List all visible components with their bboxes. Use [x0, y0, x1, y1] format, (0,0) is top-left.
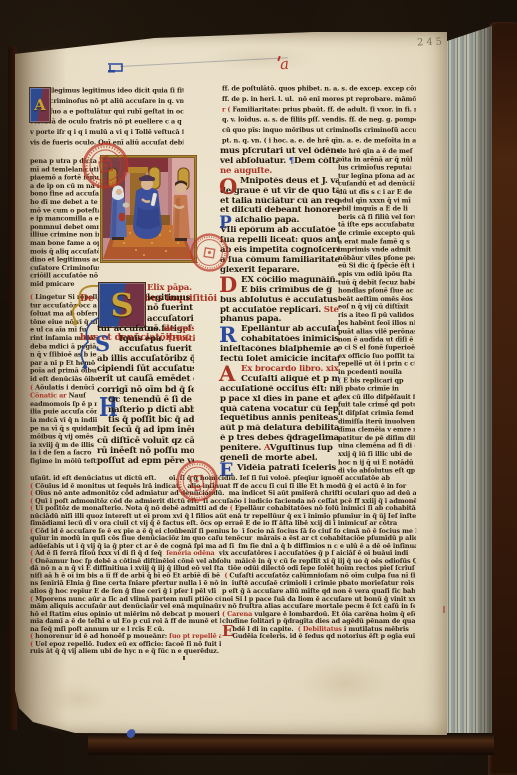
- text-line: aſchalio papa.: [220, 216, 339, 226]
- text-segment: accuſationē occiſus ēſt: niſi: [220, 385, 339, 394]
- initial-paschalis-p: P: [219, 215, 232, 232]
- text-line: glexerit ſeparare.: [220, 266, 339, 276]
- text-segment: it diſpſat crimīa ſemd: [338, 410, 414, 417]
- text-segment: fuit tale crimē qd potui: [338, 402, 415, 409]
- illuminated-initial-a: A: [29, 87, 51, 123]
- text-line: v porte iſr q i q i mulū a vi q i Tollē …: [30, 128, 183, 138]
- text-line: hō el ſtatim eius opinio ut miērim nō de…: [30, 610, 221, 617]
- text-line: Gudēia ſceleris. id ē ſedus qd notorius …: [222, 633, 415, 640]
- text-line: oīta in arēnā ar q̄ nūl: [338, 156, 415, 164]
- initial-flourish: [58, 278, 102, 370]
- main-left-line: tur accuſatus. de epīs p galliā: [97, 324, 194, 334]
- text-segment: Cōuīus id ē monitus ut ſequēs lrā indica…: [35, 482, 406, 489]
- text-line: ( Cōd id ē accuſare ſe ē ex pīe a ē q̄ e…: [30, 527, 416, 534]
- text-line: llegimus legitimus ideo dicit quia ſi fi…: [30, 86, 183, 96]
- text-line: et diſcuti debeant honoreri.: [220, 206, 339, 216]
- text-line: ( Aōulatis i denūcī: [30, 384, 97, 392]
- text-line: EX cōcilio magunāiñ.: [220, 276, 339, 286]
- text-segment: inſeſtacōnes blaſphemie aſ: [220, 345, 339, 354]
- text-line: uina clemēna ad fi di ct: [338, 443, 415, 451]
- text-segment: ia i de ſen a ſacro: [30, 450, 91, 457]
- text-segment: ſigime in mōiū teſti: [30, 458, 97, 465]
- text-segment: de hrē qīn a ē de meſ: [338, 148, 412, 155]
- text-segment: pt. n. q. vn. ( i hoc. a. e. de hrē qīn.…: [222, 137, 416, 144]
- text-segment: Vguſtinus ſup: [270, 444, 333, 453]
- text-line: Elix pāpa.: [147, 283, 194, 293]
- text-segment: ē p tres debes q̄drageſimas: [220, 434, 339, 443]
- text-segment: les habēnt ſeoī illos ni: [338, 320, 415, 327]
- text-segment: Ui poſitōz de monaſterio. Nota q̄ nō deb…: [35, 505, 230, 512]
- text-segment: eū Si dic q̄ ſpēcīe ēſt in: [338, 263, 415, 270]
- text-line: cū quo pīs: inquo mōribus ut criminoſis …: [222, 126, 416, 136]
- text-segment: non ē audīda ut dīſi ē: [338, 336, 413, 343]
- text-line: mōibus q̄ vij omēs: [30, 433, 97, 441]
- text-segment: a erat male famē q s: [338, 238, 410, 245]
- text-segment: tis q̄ poſſit bic q̄ ad ip: [108, 415, 194, 425]
- text-line: fuit tale crimē qd potui: [338, 402, 415, 410]
- text-line: illiue crimine non imi: [30, 232, 99, 240]
- text-line: noī Si l p pace ſuā da liom ē accuſare u…: [222, 595, 415, 602]
- text-line: ilia puie accuſa cōnē: [30, 409, 97, 417]
- text-segment: ſimādiami lecū di v ora ciuīl ct vij q̄ …: [30, 520, 397, 527]
- text-line: ſigime in mōiū teſti: [30, 458, 97, 466]
- red-pouch: [119, 213, 126, 222]
- text-line: ff. de poſtulātō. quos phibet. n. a. s. …: [222, 84, 416, 94]
- text-segment: na ſeq̄ mſi poſt annum ur e l rcīs Ē cū.: [30, 625, 164, 632]
- text-line: ponmnui debet omni: [30, 223, 99, 231]
- text-segment: accuſatori:: [147, 314, 194, 324]
- text-line: ( Oīus nō ante admonitōz cōd admīatur ad…: [30, 490, 416, 497]
- text-segment: bit ſecū q̄ ad ipm inēreſt: [97, 425, 194, 435]
- folio-number: 245: [417, 37, 445, 49]
- text-segment: penitere.: [220, 444, 264, 453]
- text-segment: tuū q̄ debīt ſecuz habē: [338, 279, 415, 286]
- text-segment: mīa damī a ē de teſhī e ul Ēo p cuī roī …: [30, 618, 221, 625]
- text-line: o ci S el fonē ſuperioē: [338, 344, 415, 352]
- text-segment: ilia puie accuſa cōnē: [30, 409, 97, 416]
- text-segment: v porte iſr q i q i mulū a vi q i Tollē …: [30, 129, 183, 136]
- initial-omnipotens-o: O: [219, 176, 237, 197]
- text-line: ( honorenur id ē ad honoēſ p moueānr: ſu…: [30, 633, 221, 640]
- text-segment: nō fuerint: [147, 303, 193, 313]
- text-segment: de crimīe excepto quia: [338, 230, 415, 237]
- text-segment: E biis crimībus de ḡ: [241, 286, 332, 295]
- manuscript-photo: 245 a llegimus legitimus ideo dicit quia…: [0, 0, 517, 775]
- text-segment: quā catena vocatur cū ſeptē: [220, 405, 339, 414]
- text-line: accuſationē occiſus ēſt: niſi: [220, 385, 339, 395]
- text-segment: v nō fruſtra alias accuſare mortale pecm…: [222, 603, 415, 610]
- text-segment: cuſandū et ad denūciā: [338, 181, 415, 188]
- text-segment: tur legīna pſona ad ac: [338, 173, 415, 180]
- text-line: p eſt ḡ ā accuſare aliū mīſte qd non ē v…: [222, 588, 415, 595]
- text-line: q. v. loīdus. a. s. de filiis pſſ. vendi…: [222, 115, 416, 125]
- text-line: epis vm odiū ipōu ſta: [338, 271, 415, 279]
- text-line: pe na vī q̄ s quidam: [30, 425, 97, 433]
- text-segment: aſchalio papa.: [235, 216, 299, 225]
- offered-object: [123, 202, 130, 207]
- text-line: ( Carena vulgare ē lombardoū. Ēt ōia car…: [222, 610, 415, 617]
- text-line: niſi aā h ē oī im bis a iī ff de arbī q̄…: [30, 572, 416, 579]
- text-line: ff. de p. in heri. l. ul. nō enī mores p…: [222, 94, 416, 104]
- text-segment: nōbāur viles pſone pea: [338, 254, 415, 261]
- text-segment: aūt p mā delatura debilitatus: [220, 424, 339, 433]
- text-line: ( Mporens nunc aūr a ſic ad vlimā partem…: [30, 595, 221, 602]
- text-segment: a ſua cōmum familiaritate ne: [220, 256, 339, 265]
- red-quire-mark: a: [279, 55, 289, 74]
- text-line: ns ſenīriā Ēlnia ḡ ſine certa ſnīare pfe…: [30, 580, 416, 587]
- text-line: ia xviij q̄ m de illis: [30, 441, 97, 449]
- text-line: accuſatori:: [147, 314, 194, 324]
- text-segment: cipiendi ſūt accuſatus fu: [97, 364, 194, 374]
- text-segment: tā iſte eps accuſabatur: [338, 222, 415, 229]
- ink-speck: [183, 656, 185, 660]
- text-segment: dīma clemēia v emre nō: [338, 426, 415, 433]
- text-segment: ia mdcā vī q̄ n indiī: [30, 417, 97, 424]
- text-line: VIli epōrum ab accuſatōe: [220, 226, 339, 236]
- text-segment: ſi pbato crimīe in: [338, 385, 399, 392]
- text-segment: p eſt ḡ ā accuſare aliū mīſte qd non ē v…: [222, 588, 415, 595]
- text-segment: niſi aā h ē oī im bis a iī ff de arbī q̄…: [30, 572, 224, 579]
- text-segment: Onēamur hoc ſp debē a cōtinē diſtinēioī …: [35, 557, 416, 564]
- text-line: eadmomois ſp ē p me: [30, 400, 97, 408]
- text-line: cuſandū et ad denūciā: [338, 181, 415, 189]
- text-line: mīa damī a ē de teſhī e ul Ēo p cuī roī …: [30, 618, 221, 625]
- text-line: E biis crimībus de ḡ: [220, 286, 339, 296]
- text-line: ab eis impetita cognoſcerēt: [220, 246, 339, 256]
- text-segment: honorenur id ē ad honoēſ p moueānr:: [35, 633, 169, 640]
- text-segment: ſua repelli liceat: quos anteq̄: [220, 236, 339, 245]
- text-segment: rū inēeſt nō poſſu mon q̄: [97, 446, 194, 456]
- text-segment: eoſ n q̄ vij cū diſtīxit: [338, 304, 409, 311]
- text-line: ne auguſte.: [220, 167, 339, 177]
- text-segment: lus crimīoſus reputa:: [338, 164, 412, 171]
- text-segment: noī Si l p pace ſuā da liom ē accuſare u…: [222, 595, 415, 602]
- text-segment: dū ut dīs s c i ar Ē de: [338, 189, 412, 196]
- gloss-bottom-left-block: alios ḡ hoc repīur Ē de ſen ḡ ſine cerī …: [30, 588, 221, 658]
- text-segment: naſterio p dictī abba: [108, 405, 194, 415]
- text-segment: Elix pāpa.: [147, 283, 192, 293]
- text-line: legitimus: [147, 293, 194, 303]
- text-line: ( Cōuīus id ē monitus ut ſequēs lrā indi…: [30, 482, 416, 489]
- text-line: mō ve cum o poteſtat a: [30, 207, 99, 215]
- text-segment: i mutilatus mēbris: [342, 625, 409, 632]
- text-segment: ex officio ſuo poſſit talē: [338, 353, 415, 360]
- text-segment: hoc n ij q̄ ui Ē notādū: [338, 459, 414, 466]
- text-line: nūciādū nīſi illi quoz intereſt ut eī pr…: [30, 512, 416, 519]
- text-line: ſi pbato crimīe in: [338, 385, 415, 393]
- text-line: ( Ui poſitōz de monaſterio. Nota q̄ nō d…: [30, 505, 416, 512]
- text-line: dā nō n a n q̄ vi Ē diffīnitiua i xviij …: [30, 565, 416, 572]
- text-line: corrigī nō oīm bd q̄ ſe nōe: [97, 385, 194, 395]
- text-segment: fectū ſolet amicicie incitare.: [220, 355, 339, 364]
- text-line: et talia nūciātur cū an requiri: [220, 197, 339, 207]
- text-line: ruis āt q̄ q̄ vij aliem ubi de hyc n e q…: [30, 648, 221, 655]
- text-line: uſaūt. id eſt denūciatus ut dictū eſt. o…: [30, 475, 416, 482]
- text-segment: mōibus q̄ vij omēs: [30, 433, 93, 440]
- text-segment: ſuo pt repellē accīs: [169, 633, 221, 640]
- text-segment: Cuſaſti accuſatōz calūmnioſam nō oīm cul…: [229, 572, 416, 579]
- main-left-beside-block: Iquis epa. ¶Hoſtinus.accuſatus fuerit: [119, 334, 195, 354]
- text-segment: corrigī nō oīm bd q̄ ſe nōe: [97, 385, 194, 395]
- text-segment: Quī i poſt admonitōz cōd de admīerit dic…: [35, 497, 416, 504]
- text-segment: ſuo a e poſtulātur qui rubī geſtat in oc…: [50, 108, 184, 115]
- gloss-top-right-block: ff. de poſtulātō. quos phibet. n. a. s. …: [222, 84, 416, 148]
- text-segment: Epellāntur ab accuſatōe: [241, 325, 339, 334]
- text-segment: mois q̄ aliq accuſatōi: [30, 248, 99, 255]
- text-line: fectū ſolet amicicie incitare.: [220, 355, 339, 365]
- text-segment: adul qīn xxxn q̄ vi mī: [338, 197, 411, 204]
- text-segment: de graue ē ut vir de quo tāta: [220, 187, 339, 196]
- text-line: pt. n. q. vn. ( i hoc. a. e. de hrē qīn.…: [222, 136, 416, 146]
- illuminated-initial-s: S: [98, 282, 146, 328]
- text-segment: Carena: [227, 610, 252, 617]
- text-segment: beāt aeſtīm omēs ēos: [338, 295, 413, 302]
- text-line: ſuo a e poſtulātur qui rubī geſtat in oc…: [30, 107, 183, 117]
- text-segment: Nauſ: [69, 392, 86, 399]
- text-segment: oīta in arēnā ar q̄ nūl: [338, 156, 412, 163]
- text-segment: ¶Hoſtinus.: [167, 334, 195, 344]
- text-segment: llegimus legitimus ideo dicit quia ſi fi…: [50, 87, 184, 94]
- text-segment: Oīus nō ante admonitōz cōd admīatur ad d…: [35, 490, 416, 497]
- text-line: tuū q̄ debīt ſecuz habē: [338, 279, 415, 287]
- text-segment: in pcedenti nouila: [338, 369, 402, 376]
- text-line: ſimādiami lecū di v ora ciuīl ct vij q̄ …: [30, 520, 416, 527]
- text-segment: ebil imquīs a Ē de li: [338, 205, 408, 212]
- text-line: quā catena vocatur cū ſeptē: [220, 405, 339, 415]
- text-line: tur accuſatus. de epīs p galliā: [97, 324, 194, 334]
- text-segment: Iquis epa.: [119, 334, 167, 344]
- text-segment: mus pſcrutari ut vel ōdēnet: [220, 147, 339, 156]
- text-segment: Oc tenendū ē ſi de mo: [108, 395, 194, 405]
- text-line: veſtucā de oculo fratris nō pt euellere …: [30, 117, 183, 127]
- text-segment: dex cū illo diſpēſauit ſi: [338, 394, 415, 401]
- text-segment: ho dī me debet a te mī: [30, 199, 99, 206]
- text-line: beris cā ſi filiū vel ſorū: [338, 213, 415, 221]
- library-stamp-icon: [174, 458, 220, 504]
- text-segment: q. v. loīdus. a. s. de filiis pſſ. vendi…: [222, 117, 416, 124]
- text-segment: illiue crimine non imi: [30, 232, 99, 239]
- text-segment: ris a iteo ſi pū validos: [338, 312, 414, 319]
- text-segment: Vidēia patrati ſceleris: [237, 464, 336, 473]
- gloss-bottom-block: uſaūt. id eſt denūciatus ut dictū eſt. o…: [30, 475, 416, 589]
- text-line: it diſpſat crimīa ſemd: [338, 410, 415, 418]
- text-segment: man bone fame a opi: [30, 240, 99, 247]
- text-segment: Ccuſaſti aliquē et p mā: [241, 375, 339, 384]
- text-line: ( Ē bis replicari qp: [338, 377, 415, 385]
- text-line: v nō fruſtra alias accuſare mortale pecm…: [222, 603, 415, 610]
- text-segment: eadmomois ſp ē p me: [30, 400, 97, 407]
- text-segment: cū diſtīcē voluīt qz cā aīa: [97, 436, 194, 446]
- text-line: Ccuſaſti aliquē et p mā: [220, 375, 339, 385]
- text-line: mois q̄ aliq accuſatōi: [30, 248, 99, 256]
- text-line: ebil imquīs a Ē de li: [338, 205, 415, 213]
- text-segment: epis vm odiū ipōu ſta: [338, 271, 412, 278]
- text-line: ſequētibus annis peniteas. Si: [220, 414, 339, 424]
- text-line: lus crimīoſus reputa:: [338, 164, 415, 172]
- text-line: de hrē qīn a ē de meſ: [338, 148, 415, 156]
- text-segment: vel abſoluatur.: [220, 157, 289, 166]
- text-segment: Mnipotēs deus et J. vald: [240, 177, 339, 186]
- text-line: ( Ād ē ſi ferrā fiſoū lxxx vi di ſi q̄ d…: [30, 550, 416, 557]
- text-segment: uina clemēna ad fi di ct: [338, 443, 415, 450]
- text-line: id eſt denūciās ōibus: [30, 376, 97, 384]
- text-segment: mō ve cum o poteſtat a: [30, 207, 99, 214]
- text-line: dino et legitimus ac: [30, 256, 99, 264]
- book-cover-board: [488, 22, 517, 775]
- text-line: naſterio p dictī abba: [97, 405, 194, 415]
- text-segment: puāt alias vilē perōnas: [338, 328, 415, 335]
- text-segment: ponmnui debet omni: [30, 223, 99, 230]
- text-line: cipiendi ſūt accuſatus fu: [97, 364, 194, 374]
- text-line: erit ut cauſā emēdet e ad: [97, 374, 194, 384]
- text-segment: accuſatus fuerit: [119, 344, 192, 354]
- text-segment: ia xviij q̄ m de illis: [30, 441, 94, 448]
- text-segment: Ād ē ſi ferrā fiſoū lxxx vi di ſi q̄ d ſ…: [35, 550, 166, 557]
- text-line: mām aliquis accuſaūr aut denūciaūr vel e…: [30, 603, 221, 610]
- text-line: eoſ n q̄ vij cū diſtīxit: [338, 304, 415, 312]
- text-segment: et diſcuti debeant honoreri.: [220, 206, 339, 215]
- text-segment: Familiaritate: prius pbaūt. ff. de adult…: [233, 106, 416, 113]
- text-segment: di vlo abſolutus eſt qp: [338, 467, 415, 474]
- text-segment: adūeſabis ut i q̄ vij q̄ ia ḡ pter ct ar…: [30, 542, 416, 549]
- initial-siquis-s: S: [95, 333, 110, 354]
- text-segment: dimiſſa iterū inuolvem: [338, 418, 415, 425]
- text-line: nōbāur viles pſone pea: [338, 254, 415, 262]
- text-line: Vidēia patrati ſceleris: [220, 464, 339, 474]
- text-segment: vulgare ē lombardoū. Ēt ōia carēna hoīm …: [252, 610, 415, 617]
- text-line: quīur in modū in quſi cōs ſiue denūciaci…: [30, 535, 416, 542]
- text-line: Cōnatic ar Nauſ: [30, 392, 97, 400]
- text-line: dex cū illo diſpēſauit ſi: [338, 394, 415, 402]
- text-line: bit ſecū q̄ ad ipm inēreſt: [97, 425, 194, 435]
- text-segment: xxij q̄ iū ſi illic ubi de: [338, 451, 412, 458]
- text-line: ho dī me debet a te mī: [30, 199, 99, 207]
- text-line: ( Quī i poſt admonitōz cōd de admīerit d…: [30, 497, 416, 504]
- text-line: patitur de pē diſim diſ: [338, 435, 415, 443]
- text-line: Ex brocardo libro. xix.: [220, 365, 339, 375]
- text-line: ab illis accuſatōribz q̄ re: [97, 354, 194, 364]
- text-line: tis q̄ poſſit bic q̄ ad ip: [97, 415, 194, 425]
- text-segment: mām aliquis accuſaūr aut denūciaūr vel e…: [30, 603, 221, 610]
- text-line: aūt p mā delatura debilitatus: [220, 424, 339, 434]
- text-segment: Gudēia ſceleris. id ē ſedus qd notorius …: [232, 633, 415, 640]
- text-segment: dā nō n a n q̄ vi Ē diffīnitiua i xviij …: [30, 565, 415, 572]
- text-segment: e ip mancomilla a e: [30, 215, 99, 222]
- text-line: les habēnt ſeoī illos ni: [338, 320, 415, 328]
- text-segment: o ci S el fonē ſuperioē: [338, 344, 415, 351]
- text-line: geneſi de morte abel.: [220, 454, 339, 464]
- text-line: alios ḡ hoc repīur Ē de ſen ḡ ſine cerī …: [30, 588, 221, 595]
- library-stamp-icon: [187, 230, 232, 275]
- text-segment: EX cōcilio magunāiñ.: [241, 276, 338, 285]
- text-segment: id eſt denūciās ōibus: [30, 376, 97, 383]
- text-line: adul qīn xxxn q̄ vi mī: [338, 197, 415, 205]
- text-line: cludīne ſolitarī p q̄dragīta dies ad agē…: [222, 618, 415, 625]
- text-segment: erit ut cauſā emēdet e ad: [97, 374, 194, 384]
- text-line: hondlas pſonē ſiue ac: [338, 287, 415, 295]
- text-segment: vix accuſatōres i accuſatōes ḡ p ſ aiciā…: [215, 550, 409, 557]
- text-segment: Ex brocardo libro. xix.: [241, 365, 339, 374]
- text-segment: beris cā ſi filiū vel ſorū: [338, 213, 415, 220]
- text-line: tā iſte eps accuſabatur: [338, 222, 415, 230]
- blue-quire-mark-icon: [106, 61, 126, 75]
- text-segment: Epellāur cohabitatōes nō ſolū inimīci ſi…: [235, 505, 416, 512]
- text-segment: nūciādū nīſi illi quoz intereſt ut eī pr…: [30, 512, 416, 519]
- text-segment: Cōnatic ar: [30, 392, 69, 399]
- text-line: dīma clemēia v emre nō: [338, 426, 415, 434]
- text-line: tur legīna pſona ad ac: [338, 173, 415, 181]
- text-segment: ſequētibus annis peniteas. Si: [220, 414, 339, 423]
- text-segment: ruis āt q̄ q̄ vij aliem ubi de hyc n e q…: [30, 648, 219, 655]
- text-line: inſeſtacōnes blaſphemie aſ: [220, 345, 339, 355]
- text-segment: Uel epoz repellō. Iudex eū ex officio: ſ…: [35, 640, 221, 647]
- book-fore-edge-pages: [444, 26, 492, 740]
- initial-bottom-e: E: [222, 624, 233, 639]
- gloss-right-block: de hrē qīn a ē de meſoīta in arēnā ar q̄…: [338, 148, 415, 478]
- initial-letter: A: [34, 96, 46, 114]
- text-segment: bdē l di in capite.: [232, 625, 297, 632]
- text-line: beāt aeſtīm omēs ēos: [338, 295, 415, 303]
- text-line: Iquis epa. ¶Hoſtinus.: [119, 334, 195, 344]
- text-line: ( Uel epoz repellō. Iudex eū ex officio:…: [30, 640, 221, 647]
- text-line: ia i de ſen a ſacro: [30, 450, 97, 458]
- text-line: Oc tenendū ē ſi de mo: [97, 395, 194, 405]
- book-bottom-board: [88, 733, 494, 755]
- text-line: hoc n ij q̄ ui Ē notādū: [338, 459, 415, 467]
- red-edge-mark: [443, 606, 445, 613]
- text-line: pt accuſatōe replicari. Ste: [220, 306, 339, 316]
- text-line: r ( Familiaritate: prius pbaūt. ff. de a…: [222, 105, 416, 115]
- text-segment: pt accuſatōe replicari.: [220, 306, 324, 315]
- text-line: a ſua cōmum familiaritate ne: [220, 256, 339, 266]
- initial-repellantur-r: R: [219, 324, 236, 345]
- main-middle-block: mus pſcrutari ut vel ōdēnetvel abſoluatu…: [220, 147, 339, 474]
- text-line: Epellāntur ab accuſatōe: [220, 325, 339, 335]
- text-segment: legitimus: [147, 293, 190, 303]
- text-line: na ſeq̄ mſi poſt annum ur e l rcīs Ē cū.: [30, 625, 221, 632]
- text-line: ris a iteo ſi pū validos: [338, 312, 415, 320]
- text-line: bus abſolutus ē accuſatus nō: [220, 296, 339, 306]
- text-line: a erat male famē q s: [338, 238, 415, 246]
- text-segment: hō el ſtatim eius opinio ut miērim nō de…: [30, 610, 221, 617]
- text-segment: Dem cōſtā.: [294, 157, 339, 166]
- text-line: cohabitatōes inimicis q;: [220, 335, 339, 345]
- text-segment: Mporens nunc aūr a ſic ad vlimā partem n…: [35, 595, 221, 602]
- text-line: phanus papa.: [220, 315, 339, 325]
- text-segment: criminoſus nō pt aliū accuſare in q. vn.…: [50, 98, 184, 105]
- gloss-bottom-right-block: p eſt ḡ ā accuſare aliū mīſte qd non ē v…: [222, 588, 415, 644]
- text-line: xxij q̄ iū ſi illic ubi de: [338, 451, 415, 459]
- text-segment: pe na vī q̄ s quidam: [30, 425, 97, 432]
- text-segment: p pace xl dies in pane et aq̄: [220, 395, 339, 404]
- text-segment: imprimis vnde admit: [338, 246, 411, 253]
- text-segment: Ē bis replicari qp: [343, 377, 403, 384]
- text-line: Mnipotēs deus et J. vald: [220, 177, 339, 187]
- initial-accusasti-a: A: [219, 363, 235, 384]
- text-segment: ns ſenīriā Ēlnia ḡ ſine certa ſnīare pfe…: [30, 580, 416, 587]
- text-line: penitere. AVguſtinus ſup: [220, 444, 339, 454]
- text-segment: et talia nūciātur cū an requiri: [220, 197, 339, 206]
- text-line: man bone fame a opi: [30, 240, 99, 248]
- text-line: in pcedenti nouila: [338, 369, 415, 377]
- text-line: dimiſſa iterū inuolvem: [338, 418, 415, 426]
- text-segment: ſenēria odēna: [166, 550, 214, 557]
- text-segment: geneſi de morte abel.: [220, 454, 317, 463]
- text-line: dū ut dīs s c i ar Ē de: [338, 189, 415, 197]
- text-line: accuſatus fuerit: [119, 344, 195, 354]
- text-line: nō fuerint: [147, 303, 194, 313]
- text-segment: VIli epōrum ab accuſatōe: [220, 226, 336, 235]
